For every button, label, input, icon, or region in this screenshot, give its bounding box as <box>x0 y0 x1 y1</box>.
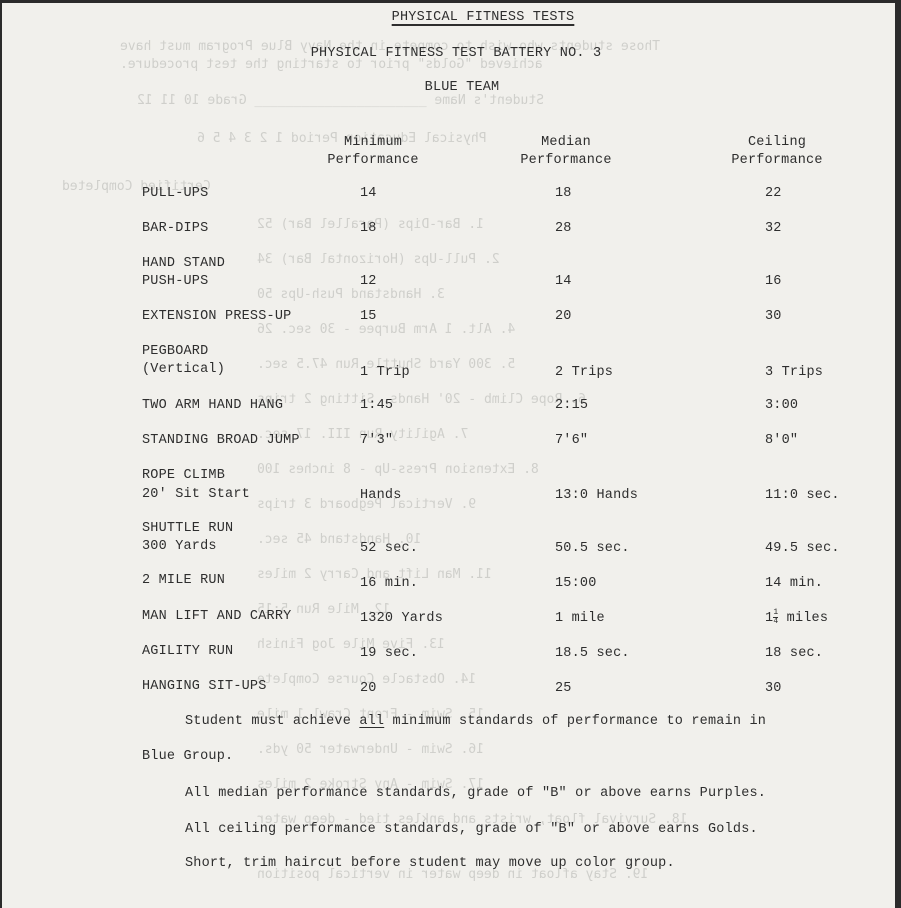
document-title: PHYSICAL FITNESS TESTS <box>392 10 575 25</box>
column-header-median: MedianPerformance <box>520 134 611 170</box>
minimum-value: 18 <box>360 221 377 236</box>
note-ceiling-standards: All ceiling performance standards, grade… <box>185 822 758 837</box>
ceiling-value: 30 <box>765 681 782 696</box>
event-label: BAR-DIPS <box>142 221 208 236</box>
event-label-sub: PUSH-UPS <box>142 274 208 289</box>
ceiling-value: 18 sec. <box>765 646 823 661</box>
median-value: 7'6" <box>555 433 588 448</box>
minimum-value: 1320 Yards <box>360 611 443 626</box>
ceiling-value: 8'0" <box>765 433 798 448</box>
column-header-ceiling: CeilingPerformance <box>731 134 822 170</box>
minimum-value: 14 <box>360 186 377 201</box>
note-haircut: Short, trim haircut before student may m… <box>185 856 675 871</box>
median-value: 28 <box>555 221 572 236</box>
event-label: ROPE CLIMB <box>142 468 225 483</box>
event-label: 2 MILE RUN <box>142 573 225 588</box>
event-label-sub: 20' Sit Start <box>142 487 250 502</box>
median-value: 15:00 <box>555 576 597 591</box>
event-label: PULL-UPS <box>142 186 208 201</box>
emphasis-all: all <box>359 714 384 729</box>
ceiling-value: 22 <box>765 186 782 201</box>
column-header-minimum: MinimumPerformance <box>327 134 418 170</box>
minimum-value: 1 Trip <box>360 365 410 380</box>
median-value: 18.5 sec. <box>555 646 630 661</box>
note-minimum-standards-cont: Blue Group. <box>142 749 233 764</box>
median-value: 2 Trips <box>555 365 613 380</box>
event-label: PEGBOARD <box>142 344 208 359</box>
event-label: AGILITY RUN <box>142 644 233 659</box>
note-median-standards: All median performance standards, grade … <box>185 786 766 801</box>
event-label: STANDING BROAD JUMP <box>142 433 300 448</box>
event-label: SHUTTLE RUN <box>142 521 233 536</box>
document-page: Those students who wish to compete in th… <box>2 3 895 908</box>
ceiling-value: 3:00 <box>765 398 798 413</box>
note-minimum-standards: Student must achieve all minimum standar… <box>185 714 766 729</box>
ceiling-value: 16 <box>765 274 782 289</box>
median-value: 18 <box>555 186 572 201</box>
median-value: 20 <box>555 309 572 324</box>
median-value: 50.5 sec. <box>555 541 630 556</box>
event-label: HAND STAND <box>142 256 225 271</box>
minimum-value: 19 sec. <box>360 646 418 661</box>
minimum-value: 20 <box>360 681 377 696</box>
median-value: 25 <box>555 681 572 696</box>
minimum-value: 16 min. <box>360 576 418 591</box>
event-label: EXTENSION PRESS-UP <box>142 309 291 324</box>
ceiling-value: 114 miles <box>765 609 828 626</box>
team-label: BLUE TEAM <box>425 80 500 95</box>
minimum-value: Hands <box>360 488 402 503</box>
ceiling-value: 49.5 sec. <box>765 541 840 556</box>
minimum-value: 52 sec. <box>360 541 418 556</box>
event-label: MAN LIFT AND CARRY <box>142 609 291 624</box>
minimum-value: 15 <box>360 309 377 324</box>
minimum-value: 7'3" <box>360 433 393 448</box>
event-label-sub: (Vertical) <box>142 362 225 377</box>
ceiling-value: 14 min. <box>765 576 823 591</box>
ceiling-value: 30 <box>765 309 782 324</box>
ceiling-value: 32 <box>765 221 782 236</box>
event-label: TWO ARM HAND HANG <box>142 398 283 413</box>
ceiling-value: 3 Trips <box>765 365 823 380</box>
event-label-sub: 300 Yards <box>142 539 217 554</box>
ceiling-value: 11:0 sec. <box>765 488 840 503</box>
event-label: HANGING SIT-UPS <box>142 679 267 694</box>
median-value: 2:15 <box>555 398 588 413</box>
document-subtitle: PHYSICAL FITNESS TEST BATTERY NO. 3 <box>311 46 602 61</box>
median-value: 13:0 Hands <box>555 488 638 503</box>
minimum-value: 1:45 <box>360 398 393 413</box>
minimum-value: 12 <box>360 274 377 289</box>
median-value: 1 mile <box>555 611 605 626</box>
median-value: 14 <box>555 274 572 289</box>
